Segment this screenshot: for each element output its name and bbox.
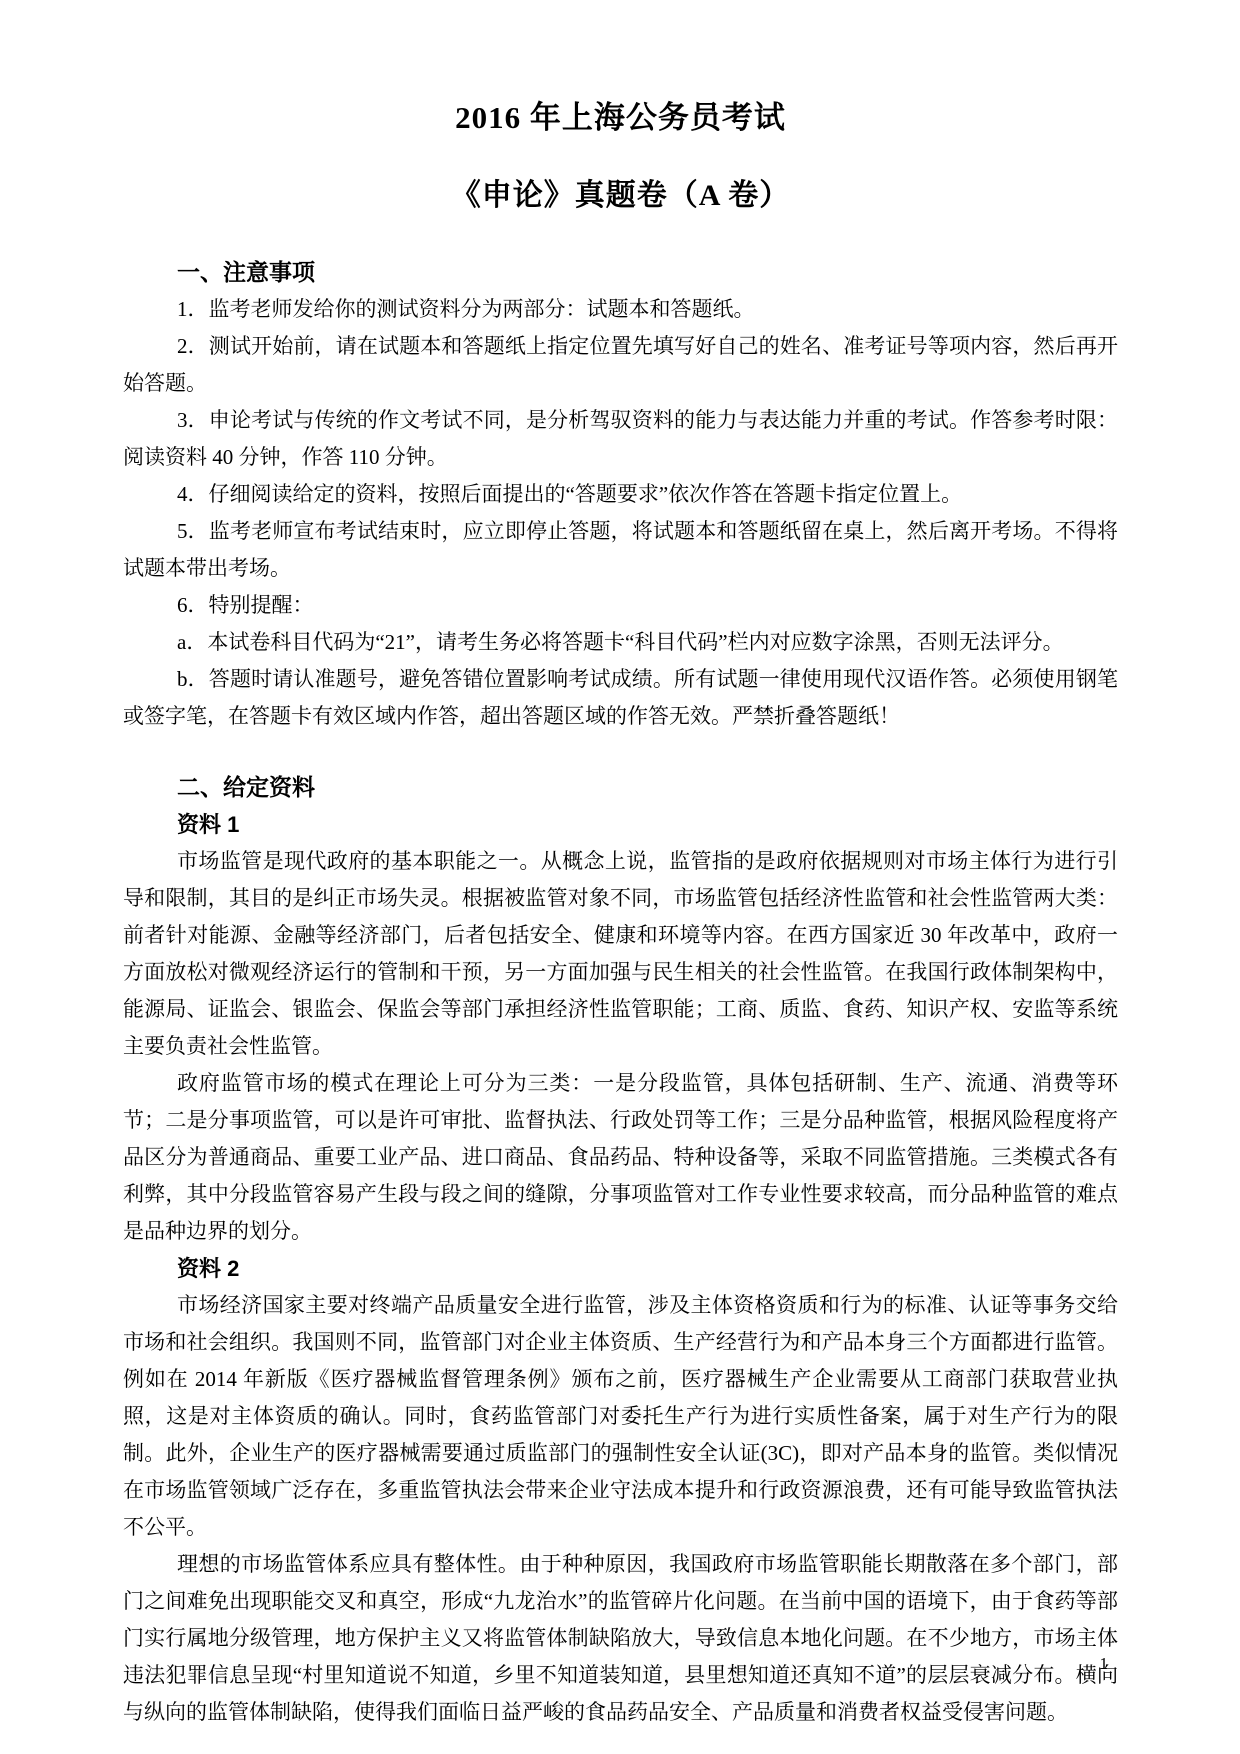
notice-item-4: 4．仔细阅读给定的资料，按照后面提出的“答题要求”依次作答在答题卡指定位置上。 — [123, 476, 1118, 513]
notice-item-6: 6．特别提醒： — [123, 587, 1118, 624]
material-1: 资料 1 市场监管是现代政府的基本职能之一。从概念上说，监管指的是政府依据规则对… — [123, 806, 1118, 1250]
section-materials: 二、给定资料 资料 1 市场监管是现代政府的基本职能之一。从概念上说，监管指的是… — [123, 769, 1118, 1731]
notices-heading: 一、注意事项 — [123, 254, 1118, 291]
notice-item-2: 2．测试开始前，请在试题本和答题纸上指定位置先填写好自己的姓名、准考证号等项内容… — [123, 328, 1118, 402]
exam-paper-page: 2016 年上海公务员考试 《申论》真题卷（A 卷） 一、注意事项 1．监考老师… — [0, 0, 1240, 1754]
notice-item-3: 3．申论考试与传统的作文考试不同，是分析驾驭资料的能力与表达能力并重的考试。作答… — [123, 402, 1118, 476]
page-title: 2016 年上海公务员考试 — [123, 100, 1118, 136]
page-subtitle: 《申论》真题卷（A 卷） — [123, 178, 1118, 214]
material-2-paragraph-1: 市场经济国家主要对终端产品质量安全进行监管，涉及主体资格资质和行为的标准、认证等… — [123, 1287, 1118, 1546]
material-1-paragraph-1: 市场监管是现代政府的基本职能之一。从概念上说，监管指的是政府依据规则对市场主体行… — [123, 843, 1118, 1065]
section-notices: 一、注意事项 1．监考老师发给你的测试资料分为两部分：试题本和答题纸。 2．测试… — [123, 254, 1118, 735]
materials-heading: 二、给定资料 — [123, 769, 1118, 806]
page-number: 1 — [1100, 1654, 1109, 1674]
material-2: 资料 2 市场经济国家主要对终端产品质量安全进行监管，涉及主体资格资质和行为的标… — [123, 1250, 1118, 1731]
material-2-paragraph-2: 理想的市场监管体系应具有整体性。由于种种原因，我国政府市场监管职能长期散落在多个… — [123, 1546, 1118, 1731]
notice-item-6a: a．本试卷科目代码为“21”，请考生务必将答题卡“科目代码”栏内对应数字涂黑，否… — [123, 624, 1118, 661]
notice-item-5: 5．监考老师宣布考试结束时，应立即停止答题，将试题本和答题纸留在桌上，然后离开考… — [123, 513, 1118, 587]
material-1-heading: 资料 1 — [123, 806, 1118, 843]
notice-item-1: 1．监考老师发给你的测试资料分为两部分：试题本和答题纸。 — [123, 291, 1118, 328]
material-1-paragraph-2: 政府监管市场的模式在理论上可分为三类：一是分段监管，具体包括研制、生产、流通、消… — [123, 1065, 1118, 1250]
notice-item-6b: b．答题时请认准题号，避免答错位置影响考试成绩。所有试题一律使用现代汉语作答。必… — [123, 661, 1118, 735]
material-2-heading: 资料 2 — [123, 1250, 1118, 1287]
